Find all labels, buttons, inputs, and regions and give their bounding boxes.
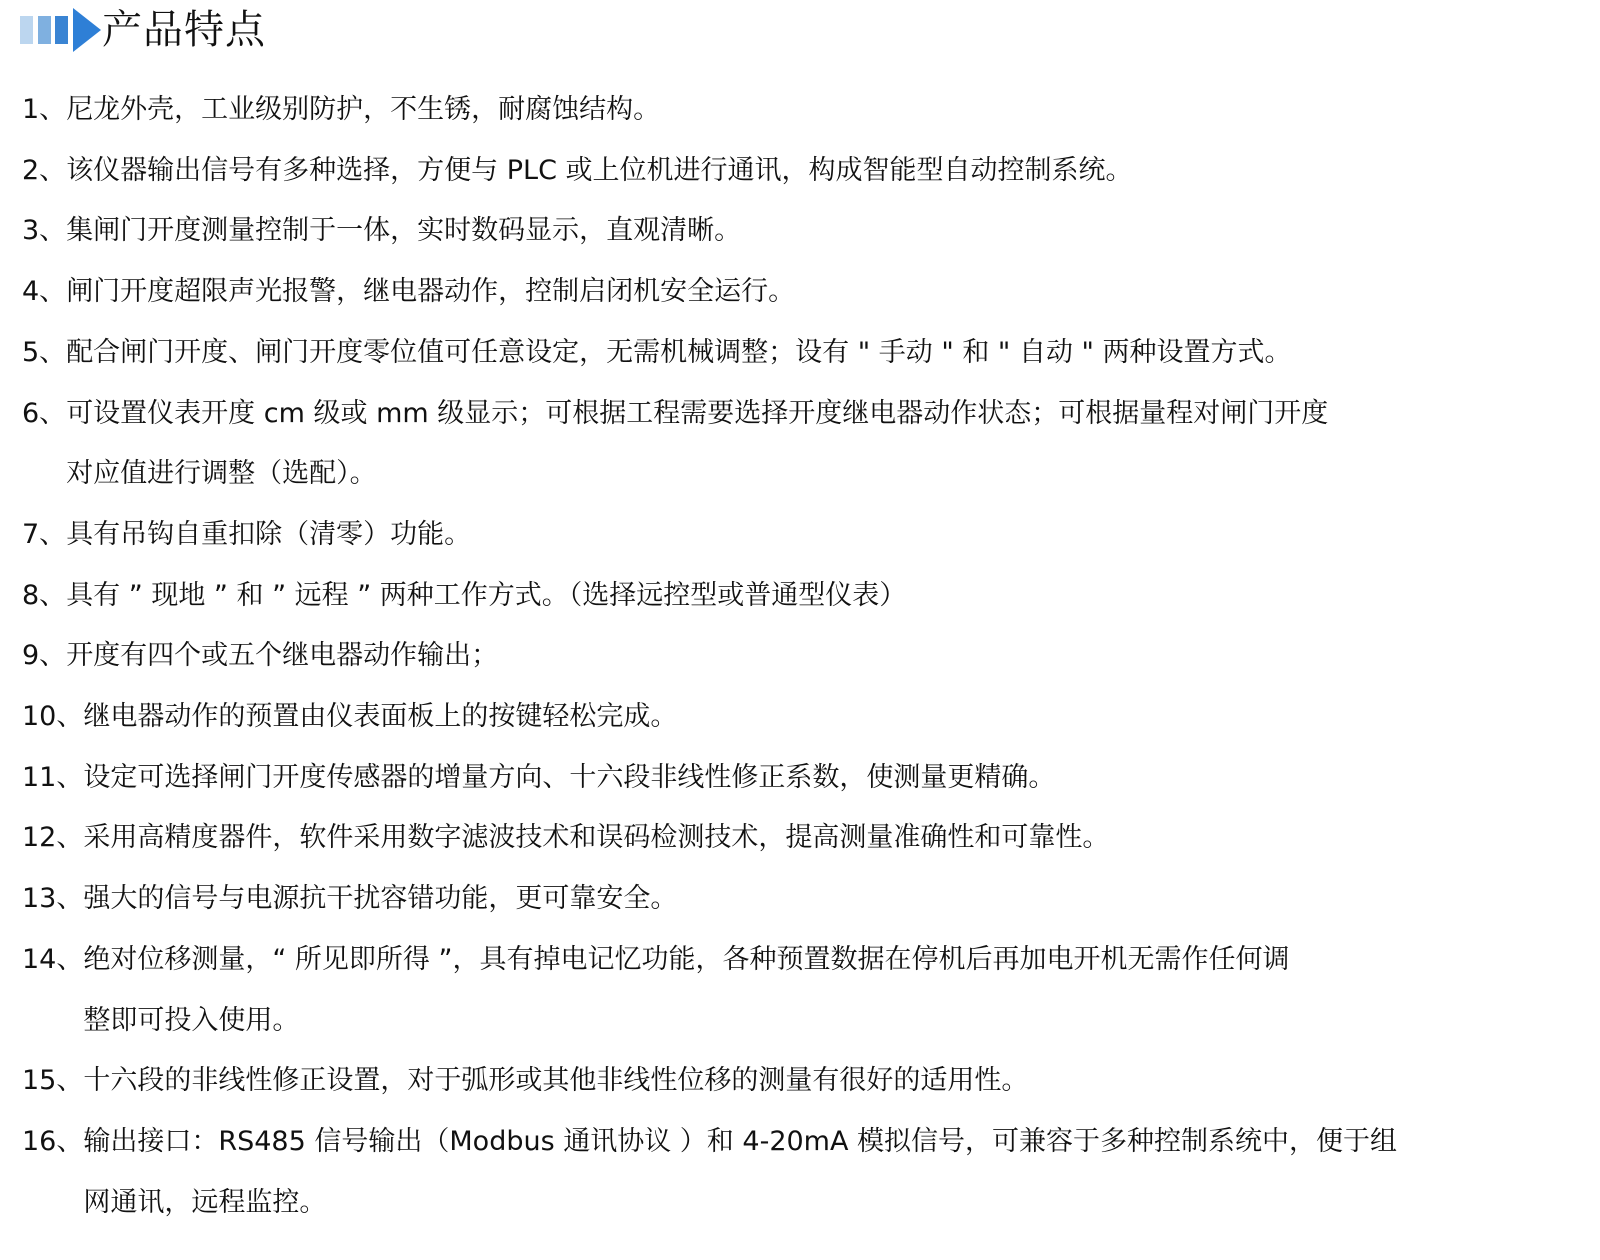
feature-item-15: 15、 十六段的非线性修正设置，对于弧形或其他非线性位移的测量有很好的适用性。 bbox=[22, 1051, 1582, 1112]
feature-number: 16、 bbox=[22, 1112, 83, 1233]
feature-item-6: 6、 可设置仪表开度 cm 级或 mm 级显示；可根据工程需要选择开度继电器动作… bbox=[22, 384, 1582, 505]
feature-number: 12、 bbox=[22, 808, 83, 869]
arrow-right-icon bbox=[73, 8, 101, 52]
feature-text: 集闸门开度测量控制于一体，实时数码显示，直观清晰。 bbox=[66, 201, 1582, 262]
feature-text: 具有 ” 现地 ” 和 ” 远程 ” 两种工作方式。（选择远控型或普通型仪表） bbox=[66, 566, 1582, 627]
feature-text: 可设置仪表开度 cm 级或 mm 级显示；可根据工程需要选择开度继电器动作状态；… bbox=[66, 384, 1582, 505]
feature-number: 5、 bbox=[22, 323, 66, 384]
feature-number: 3、 bbox=[22, 201, 66, 262]
bar-dark bbox=[55, 16, 68, 44]
bar-medium bbox=[38, 16, 51, 44]
feature-item-12: 12、 采用高精度器件，软件采用数字滤波技术和误码检测技术，提高测量准确性和可靠… bbox=[22, 808, 1582, 869]
feature-number: 15、 bbox=[22, 1051, 83, 1112]
feature-number: 6、 bbox=[22, 384, 66, 505]
feature-text: 强大的信号与电源抗干扰容错功能，更可靠安全。 bbox=[83, 869, 1582, 930]
feature-item-11: 11、 设定可选择闸门开度传感器的增量方向、十六段非线性修正系数，使测量更精确。 bbox=[22, 748, 1582, 809]
feature-item-16: 16、 输出接口：RS485 信号输出（Modbus 通讯协议 ）和 4-20m… bbox=[22, 1112, 1582, 1233]
feature-number: 1、 bbox=[22, 80, 66, 141]
feature-text: 输出接口：RS485 信号输出（Modbus 通讯协议 ）和 4-20mA 模拟… bbox=[83, 1112, 1582, 1233]
feature-item-5: 5、 配合闸门开度、闸门开度零位值可任意设定，无需机械调整；设有 " 手动 " … bbox=[22, 323, 1582, 384]
feature-number: 11、 bbox=[22, 748, 83, 809]
feature-item-4: 4、 闸门开度超限声光报警，继电器动作，控制启闭机安全运行。 bbox=[22, 262, 1582, 323]
chevron-bars-arrow-icon bbox=[18, 6, 102, 54]
feature-text: 设定可选择闸门开度传感器的增量方向、十六段非线性修正系数，使测量更精确。 bbox=[83, 748, 1582, 809]
feature-text: 十六段的非线性修正设置，对于弧形或其他非线性位移的测量有很好的适用性。 bbox=[83, 1051, 1582, 1112]
feature-item-9: 9、 开度有四个或五个继电器动作输出； bbox=[22, 626, 1582, 687]
feature-text: 配合闸门开度、闸门开度零位值可任意设定，无需机械调整；设有 " 手动 " 和 "… bbox=[66, 323, 1582, 384]
feature-item-10: 10、 继电器动作的预置由仪表面板上的按键轻松完成。 bbox=[22, 687, 1582, 748]
feature-item-3: 3、 集闸门开度测量控制于一体，实时数码显示，直观清晰。 bbox=[22, 201, 1582, 262]
feature-item-2: 2、 该仪器输出信号有多种选择，方便与 PLC 或上位机进行通讯，构成智能型自动… bbox=[22, 141, 1582, 202]
feature-text: 采用高精度器件，软件采用数字滤波技术和误码检测技术，提高测量准确性和可靠性。 bbox=[83, 808, 1582, 869]
feature-item-7: 7、 具有吊钩自重扣除（清零）功能。 bbox=[22, 505, 1582, 566]
feature-text: 闸门开度超限声光报警，继电器动作，控制启闭机安全运行。 bbox=[66, 262, 1582, 323]
feature-text: 该仪器输出信号有多种选择，方便与 PLC 或上位机进行通讯，构成智能型自动控制系… bbox=[66, 141, 1582, 202]
feature-number: 7、 bbox=[22, 505, 66, 566]
feature-number: 2、 bbox=[22, 141, 66, 202]
feature-number: 13、 bbox=[22, 869, 83, 930]
feature-text: 尼龙外壳，工业级别防护，不生锈，耐腐蚀结构。 bbox=[66, 80, 1582, 141]
feature-number: 14、 bbox=[22, 930, 83, 1051]
feature-text: 具有吊钩自重扣除（清零）功能。 bbox=[66, 505, 1582, 566]
feature-text: 开度有四个或五个继电器动作输出； bbox=[66, 626, 1582, 687]
feature-item-14: 14、 绝对位移测量，“ 所见即所得 ”，具有掉电记忆功能，各种预置数据在停机后… bbox=[22, 930, 1582, 1051]
feature-number: 4、 bbox=[22, 262, 66, 323]
feature-number: 8、 bbox=[22, 566, 66, 627]
feature-item-1: 1、 尼龙外壳，工业级别防护，不生锈，耐腐蚀结构。 bbox=[22, 80, 1582, 141]
section-header: 产品特点 bbox=[18, 4, 266, 56]
feature-list: 1、 尼龙外壳，工业级别防护，不生锈，耐腐蚀结构。 2、 该仪器输出信号有多种选… bbox=[22, 80, 1582, 1233]
feature-text: 继电器动作的预置由仪表面板上的按键轻松完成。 bbox=[83, 687, 1582, 748]
bar-light bbox=[20, 16, 33, 44]
feature-number: 10、 bbox=[22, 687, 83, 748]
section-title: 产品特点 bbox=[102, 6, 266, 54]
feature-item-8: 8、 具有 ” 现地 ” 和 ” 远程 ” 两种工作方式。（选择远控型或普通型仪… bbox=[22, 566, 1582, 627]
feature-text: 绝对位移测量，“ 所见即所得 ”，具有掉电记忆功能，各种预置数据在停机后再加电开… bbox=[83, 930, 1582, 1051]
feature-item-13: 13、 强大的信号与电源抗干扰容错功能，更可靠安全。 bbox=[22, 869, 1582, 930]
feature-number: 9、 bbox=[22, 626, 66, 687]
